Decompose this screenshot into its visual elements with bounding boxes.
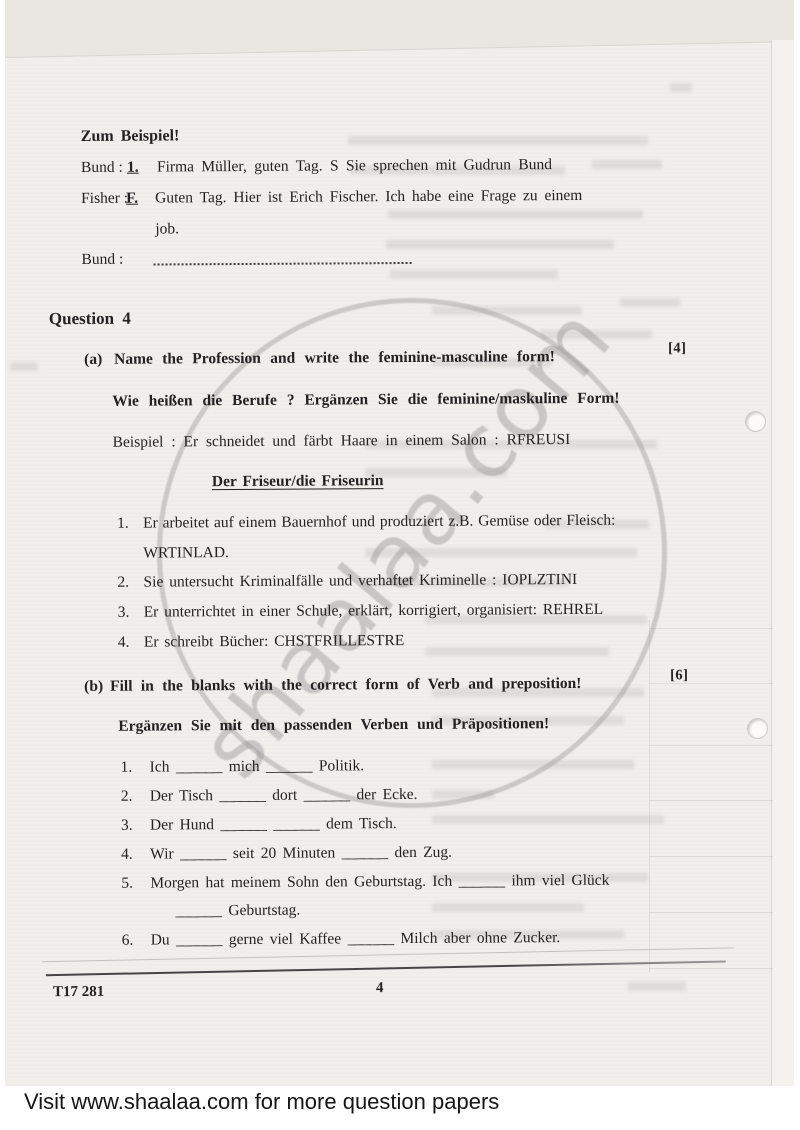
page-content: Zum Beispiel! Bund : 1. Firma Müller, gu… (2, 0, 798, 1088)
part-a-example: Beispiel : Er schneidet und färbt Haare … (113, 431, 571, 452)
list-item-number: 3. (118, 604, 130, 622)
list-item-text: Er unterrichtet in einer Schule, erklärt… (144, 601, 604, 622)
fill-blank-sentence: Der Hund ______ ______ dem Tisch. (150, 815, 397, 835)
punch-hole (746, 412, 765, 431)
part-a-label: (a) (84, 351, 102, 369)
list-item-number: 5. (121, 875, 133, 893)
list-item-text-continued: WRTINLAD. (143, 544, 229, 563)
paper-code: T17 281 (53, 984, 104, 1001)
fill-blank-sentence: Morgen hat meinem Sohn den Geburtstag. I… (150, 872, 609, 893)
page-number: 4 (376, 980, 384, 997)
part-b-label: (b) (84, 678, 103, 696)
part-a-answer-heading: Der Friseur/die Friseurin (212, 472, 384, 491)
footer-rule (46, 961, 726, 977)
list-item-text: Sie untersucht Kriminalfälle und verhaft… (143, 571, 577, 592)
banner-text: Visit www.shaalaa.com for more question … (24, 1089, 499, 1115)
footer-rule-shadow (42, 947, 734, 962)
punch-hole (748, 719, 767, 738)
fill-blank-sentence: Du ______ gerne viel Kaffee ______ Milch… (151, 929, 561, 950)
list-item-number: 1. (121, 759, 133, 777)
part-b-marks: [6] (670, 667, 689, 684)
part-a-marks: [4] (668, 340, 687, 357)
dialogue-text: Guten Tag. Hier ist Erich Fischer. Ich h… (155, 187, 582, 208)
list-item-text: Er schreibt Bücher: CHSTFRILLESTRE (144, 632, 405, 652)
dialogue-speaker: Bund : (81, 251, 123, 269)
scanned-page: shaalaa.com Zum Beispiel! Bund : 1. Firm… (5, 0, 794, 1086)
fill-blank-sentence: Ich ______ mich ______ Politik. (150, 757, 365, 776)
fill-blank-sentence-continued: ______ Geburtstag. (175, 902, 300, 921)
answer-blank-dotted (153, 249, 411, 271)
list-item-number: 2. (117, 574, 129, 592)
dialogue-text: Firma Müller, guten Tag. S Sie sprechen … (157, 156, 552, 176)
list-item-number: 2. (121, 788, 133, 806)
site-banner: Visit www.shaalaa.com for more question … (0, 1086, 800, 1130)
dialogue-speaker: Fisher : (81, 190, 128, 208)
dialogue-speaker: Bund : (81, 159, 123, 177)
list-item-number: 3. (121, 817, 133, 835)
fill-blank-sentence: Wir ______ seit 20 Minuten ______ den Zu… (150, 844, 452, 864)
list-item-number: 1. (117, 515, 129, 533)
question-title: Question 4 (49, 309, 131, 330)
list-item-number: 4. (118, 634, 130, 652)
part-b-instruction-de: Ergänzen Sie mit den passenden Verben un… (118, 715, 549, 736)
list-item-number: 4. (121, 846, 133, 864)
fill-blank-sentence: Der Tisch ______ dort ______ der Ecke. (150, 786, 418, 806)
dialogue-marker: 1. (127, 159, 139, 177)
dialogue-text-continued: job. (155, 220, 179, 238)
part-b-instruction-en: Fill in the blanks with the correct form… (110, 675, 581, 696)
list-item-text: Er arbeitet auf einem Bauernhof und prod… (143, 512, 615, 533)
example-heading: Zum Beispiel! (81, 127, 180, 146)
list-item-number: 6. (122, 932, 134, 950)
dialogue-marker: F. (126, 190, 138, 208)
part-a-instruction-en: Name the Profession and write the femini… (114, 348, 555, 369)
part-a-instruction-de: Wie heißen die Berufe ? Ergänzen Sie die… (112, 390, 619, 411)
